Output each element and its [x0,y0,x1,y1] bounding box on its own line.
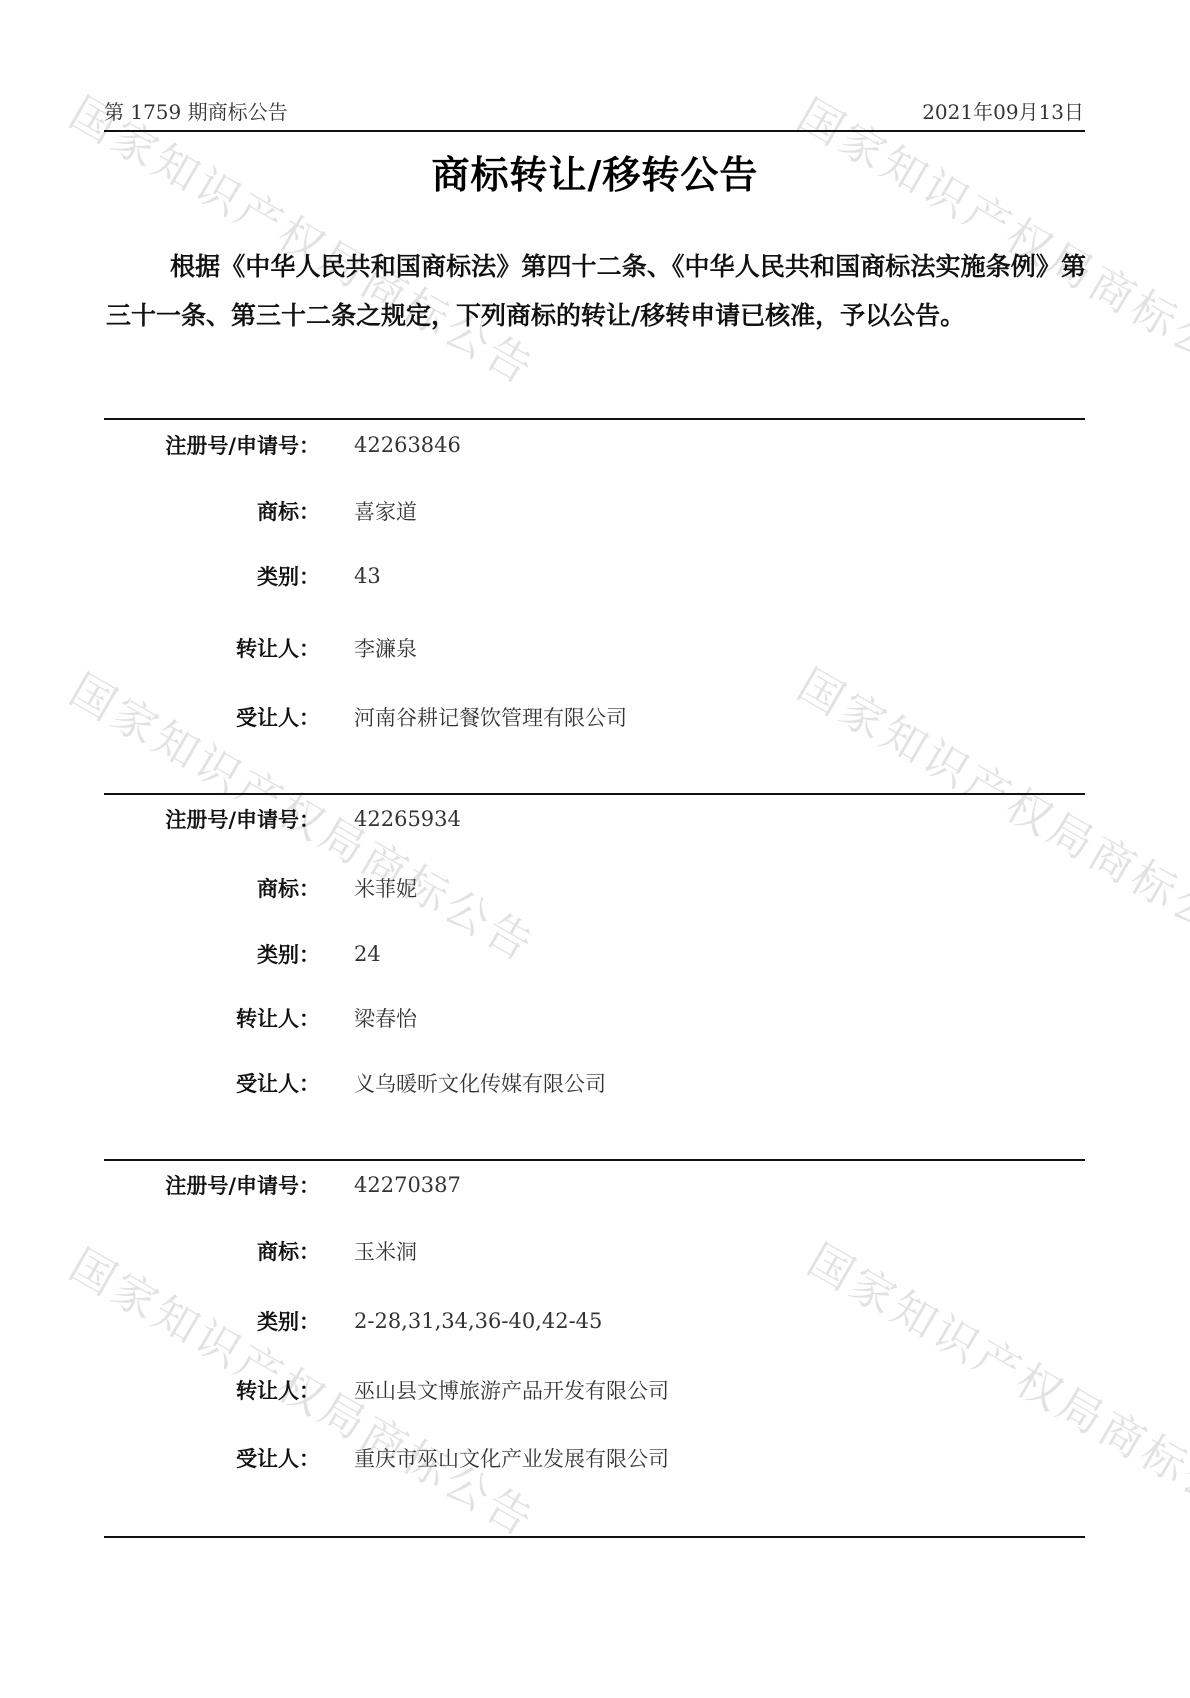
class-value: 2-28,31,34,36-40,42-45 [354,1309,602,1333]
entry-reg-no-row: 注册号/申请号： 42270387 [104,1170,461,1200]
watermark: 国家知识产权局商标公告 [60,78,549,397]
trademark-label: 商标： [104,873,320,903]
intro-paragraph: 根据《中华人民共和国商标法》第四十二条、《中华人民共和国商标法实施条例》第三十一… [106,242,1086,340]
entry-reg-no-row: 注册号/申请号： 42265934 [104,804,461,834]
class-label: 类别： [104,561,320,591]
entry-trademark-row: 商标： 喜家道 [104,496,417,526]
document-page: 国家知识产权局商标公告 国家知识产权局商标公告 国家知识产权局商标公告 国家知识… [0,0,1190,1698]
reg-no-value: 42263846 [354,433,461,457]
watermark: 国家知识产权局商标公告 [798,1225,1190,1544]
trademark-value: 玉米洞 [354,1236,417,1266]
transferor-value: 巫山县文博旅游产品开发有限公司 [354,1375,669,1405]
transferee-label: 受让人： [104,1068,320,1098]
transferor-value: 李濂泉 [354,633,417,663]
transferor-label: 转让人： [104,1003,320,1033]
entry-transferee-row: 受让人： 重庆市巫山文化产业发展有限公司 [104,1443,669,1473]
entry-divider [104,418,1085,420]
reg-no-value: 42265934 [354,807,461,831]
entry-divider [104,1536,1085,1538]
entry-reg-no-row: 注册号/申请号： 42263846 [104,430,461,460]
issue-number: 第 1759 期商标公告 [104,96,288,125]
trademark-label: 商标： [104,1236,320,1266]
transferee-label: 受让人： [104,1443,320,1473]
reg-no-label: 注册号/申请号： [104,1170,320,1200]
publication-date: 2021年09月13日 [922,96,1084,125]
transferor-label: 转让人： [104,633,320,663]
entry-class-row: 类别： 2-28,31,34,36-40,42-45 [104,1306,602,1336]
transferee-value: 义乌暖昕文化传媒有限公司 [354,1068,606,1098]
class-label: 类别： [104,939,320,969]
reg-no-value: 42270387 [354,1173,461,1197]
class-value: 24 [354,942,381,966]
entry-transferor-row: 转让人： 巫山县文博旅游产品开发有限公司 [104,1375,669,1405]
reg-no-label: 注册号/申请号： [104,804,320,834]
transferor-label: 转让人： [104,1375,320,1405]
transferee-value: 河南谷耕记餐饮管理有限公司 [354,702,627,732]
trademark-value: 米菲妮 [354,873,417,903]
watermark: 国家知识产权局商标公告 [788,650,1190,969]
page-title: 商标转让/移转公告 [0,144,1190,199]
reg-no-label: 注册号/申请号： [104,430,320,460]
entry-transferor-row: 转让人： 李濂泉 [104,633,417,663]
entry-divider [104,1159,1085,1161]
transferor-value: 梁春怡 [354,1003,417,1033]
transferee-value: 重庆市巫山文化产业发展有限公司 [354,1443,669,1473]
entry-transferor-row: 转让人： 梁春怡 [104,1003,417,1033]
transferee-label: 受让人： [104,702,320,732]
entry-trademark-row: 商标： 玉米洞 [104,1236,417,1266]
entry-class-row: 类别： 24 [104,939,381,969]
class-label: 类别： [104,1306,320,1336]
entry-transferee-row: 受让人： 义乌暖昕文化传媒有限公司 [104,1068,606,1098]
trademark-value: 喜家道 [354,496,417,526]
entry-transferee-row: 受让人： 河南谷耕记餐饮管理有限公司 [104,702,627,732]
header-divider [104,130,1085,132]
entry-divider [104,793,1085,795]
entry-class-row: 类别： 43 [104,561,381,591]
entry-trademark-row: 商标： 米菲妮 [104,873,417,903]
class-value: 43 [354,564,381,588]
trademark-label: 商标： [104,496,320,526]
watermark: 国家知识产权局商标公告 [788,80,1190,399]
